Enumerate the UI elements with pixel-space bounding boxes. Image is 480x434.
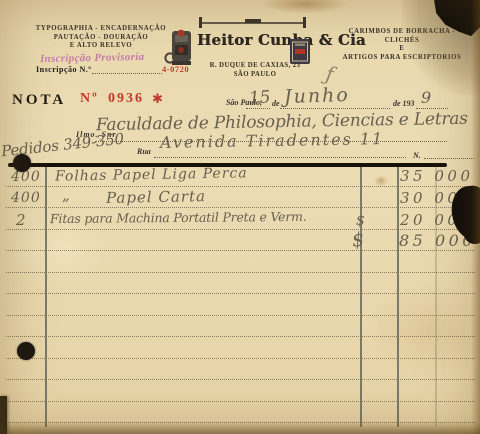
invoice-scan: TYPOGRAPHIA - ENCADERNAÇÃO PAUTAÇÃO - DO… <box>0 0 480 434</box>
scan-vignette <box>0 0 480 434</box>
